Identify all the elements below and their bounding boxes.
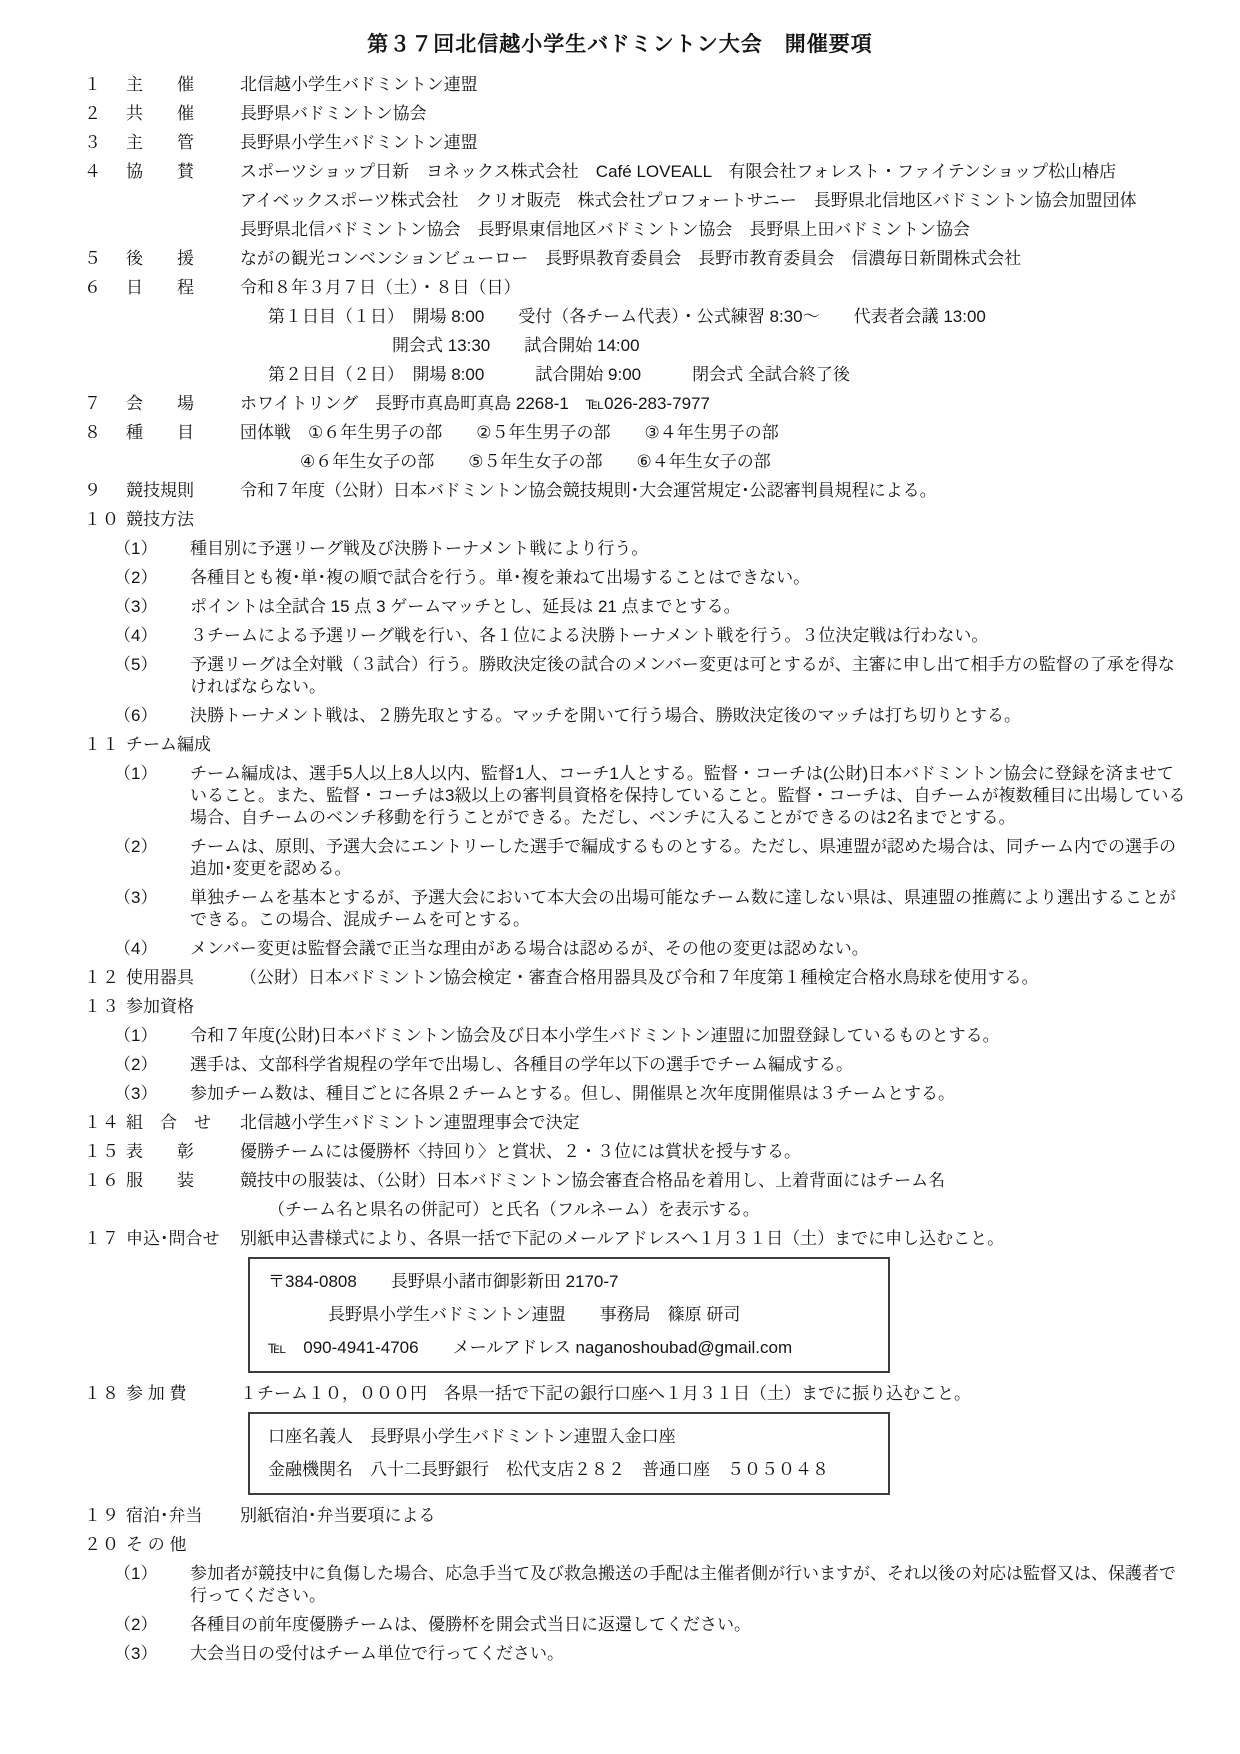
item-row: １２使用器具（公財）日本バドミントン協会検定・審査合格用器具及び令和７年度第１種… (84, 967, 1188, 989)
item-number: ４ (84, 161, 126, 241)
item-label: 申込･問合せ (126, 1228, 240, 1250)
sub-item-text: 参加者が競技中に負傷した場合、応急手当て及び救急搬送の手配は主催者側が行いますが… (190, 1563, 1188, 1607)
item-content: （公財）日本バドミントン協会検定・審査合格用器具及び令和７年度第１種検定合格水鳥… (240, 967, 1188, 989)
item-number: １１ (84, 734, 126, 756)
item-number: ８ (84, 422, 126, 473)
item-label: 表 彰 (126, 1141, 240, 1163)
item-number: １７ (84, 1228, 126, 1250)
sub-item-number: （3） (114, 596, 190, 618)
item-content (240, 1534, 1188, 1556)
item-label: 日 程 (126, 277, 240, 386)
box-line: 口座名義人 長野県小学生バドミントン連盟入金口座 (268, 1426, 870, 1448)
page: 第３７回北信越小学生バドミントン大会 開催要項 １主 催北信越小学生バドミントン… (0, 0, 1240, 1754)
content-line: 優勝チームには優勝杯〈持回り〉と賞状、２・３位には賞状を授与する。 (240, 1141, 1188, 1163)
item-row: １４組 合 せ北信越小学生バドミントン連盟理事会で決定 (84, 1112, 1188, 1134)
content-line: 第１日目（１日） 開場 8:00 受付（各チーム代表）・公式練習 8:30～ 代… (268, 306, 1188, 328)
item-content (240, 996, 1188, 1018)
item-content: 競技中の服装は、（公財）日本バドミントン協会審査合格品を着用し、上着背面にはチー… (240, 1170, 1188, 1221)
sub-item: （2）各種目とも複･単･複の順で試合を行う。単･複を兼ねて出場することはできない… (114, 567, 1188, 589)
content-line: 競技中の服装は、（公財）日本バドミントン協会審査合格品を着用し、上着背面にはチー… (240, 1170, 1188, 1192)
item-content: 北信越小学生バドミントン連盟 (240, 74, 1188, 96)
sub-item-text: ３チームによる予選リーグ戦を行い、各１位による決勝トーナメント戦を行う。３位決定… (190, 625, 1188, 647)
item-content: 長野県小学生バドミントン連盟 (240, 132, 1188, 154)
content-line: 長野県北信バドミントン協会 長野県東信地区バドミントン協会 長野県上田バドミント… (240, 219, 1188, 241)
sub-item-text: 決勝トーナメント戦は、２勝先取とする。マッチを開いて行う場合、勝敗決定後のマッチ… (190, 705, 1188, 727)
item-content: 別紙宿泊･弁当要項による (240, 1505, 1188, 1527)
item-label: 協 賛 (126, 161, 240, 241)
content-line: 令和８年３月７日（土）・８日（日） (240, 277, 1188, 299)
item-row: ８種 目団体戦 ①６年生男子の部 ②５年生男子の部 ③４年生男子の部④６年生女子… (84, 422, 1188, 473)
item-row: ９競技規則令和７年度（公財）日本バドミントン協会競技規則･大会運営規定･公認審判… (84, 480, 1188, 502)
item-content: １チーム１０，０００円 各県一括で下記の銀行口座へ１月３１日（土）までに振り込む… (240, 1383, 1188, 1405)
content-line: スポーツショップ日新 ヨネックス株式会社 Café LOVEALL 有限会社フォ… (240, 161, 1188, 183)
content-line: アイベックスポーツ株式会社 クリオ販売 株式会社プロフォートサニー 長野県北信地… (240, 190, 1188, 212)
item-content (240, 509, 1188, 531)
item-number: ５ (84, 248, 126, 270)
item-number: ３ (84, 132, 126, 154)
box-line: ℡ 090-4941-4706 メールアドレス naganoshoubad@gm… (268, 1337, 870, 1359)
item-label: そ の 他 (126, 1534, 240, 1556)
info-box: 〒384-0808 長野県小諸市御影新田 2170-7長野県小学生バドミントン連… (248, 1257, 890, 1373)
sub-item-text: 選手は、文部科学省規程の学年で出場し、各種目の学年以下の選手でチーム編成する。 (190, 1054, 1188, 1076)
sub-item-number: （4） (114, 625, 190, 647)
sub-item: （1）令和７年度(公財)日本バドミントン協会及び日本小学生バドミントン連盟に加盟… (114, 1025, 1188, 1047)
content-line: ホワイトリング 長野市真島町真島 2268-1 ℡026-283-7977 (240, 393, 1188, 415)
item-number: １３ (84, 996, 126, 1018)
sub-item-number: （3） (114, 1643, 190, 1665)
sub-item-text: ポイントは全試合 15 点 3 ゲームマッチとし、延長は 21 点までとする。 (190, 596, 1188, 618)
item-label: 主 管 (126, 132, 240, 154)
sub-item-number: （2） (114, 1054, 190, 1076)
content-line: ながの観光コンベンションビューロー 長野県教育委員会 長野市教育委員会 信濃毎日… (240, 248, 1188, 270)
content-line: 令和７年度（公財）日本バドミントン協会競技規則･大会運営規定･公認審判員規程によ… (240, 480, 1188, 502)
item-number: １２ (84, 967, 126, 989)
sub-item: （2）選手は、文部科学省規程の学年で出場し、各種目の学年以下の選手でチーム編成す… (114, 1054, 1188, 1076)
content-line: 第２日目（２日） 開場 8:00 試合開始 9:00 閉会式 全試合終了後 (268, 364, 1188, 386)
item-label: 主 催 (126, 74, 240, 96)
content-line: 北信越小学生バドミントン連盟理事会で決定 (240, 1112, 1188, 1134)
box-line: 金融機関名 八十二長野銀行 松代支店２８２ 普通口座 ５０５０４８ (268, 1459, 870, 1481)
content-line: 長野県小学生バドミントン連盟 (240, 132, 1188, 154)
sub-item: （2）各種目の前年度優勝チームは、優勝杯を開会式当日に返還してください。 (114, 1614, 1188, 1636)
item-number: ７ (84, 393, 126, 415)
sub-item: （5）予選リーグは全対戦（３試合）行う。勝敗決定後の試合のメンバー変更は可とする… (114, 654, 1188, 698)
sub-item-text: 各種目の前年度優勝チームは、優勝杯を開会式当日に返還してください。 (190, 1614, 1188, 1636)
item-label: 競技方法 (126, 509, 240, 531)
item-label: チーム編成 (126, 734, 240, 756)
item-row: １０競技方法 (84, 509, 1188, 531)
content-line: １チーム１０，０００円 各県一括で下記の銀行口座へ１月３１日（土）までに振り込む… (240, 1383, 1188, 1405)
item-number: １４ (84, 1112, 126, 1134)
sub-item: （1）種目別に予選リーグ戦及び決勝トーナメント戦により行う。 (114, 538, 1188, 560)
item-content: スポーツショップ日新 ヨネックス株式会社 Café LOVEALL 有限会社フォ… (240, 161, 1188, 241)
sub-item-text: 大会当日の受付はチーム単位で行ってください。 (190, 1643, 1188, 1665)
sub-item-number: （3） (114, 1083, 190, 1105)
sub-item-text: チーム編成は、選手5人以上8人以内、監督1人、コーチ1人とする。監督・コーチは(… (190, 763, 1188, 829)
content-line: 北信越小学生バドミントン連盟 (240, 74, 1188, 96)
item-number: ２０ (84, 1534, 126, 1556)
content-line: 開会式 13:30 試合開始 14:00 (392, 335, 1188, 357)
info-box: 口座名義人 長野県小学生バドミントン連盟入金口座金融機関名 八十二長野銀行 松代… (248, 1412, 890, 1495)
item-row: １５表 彰優勝チームには優勝杯〈持回り〉と賞状、２・３位には賞状を授与する。 (84, 1141, 1188, 1163)
item-row: １９宿泊･弁当別紙宿泊･弁当要項による (84, 1505, 1188, 1527)
item-label: 競技規則 (126, 480, 240, 502)
sub-item: （6）決勝トーナメント戦は、２勝先取とする。マッチを開いて行う場合、勝敗決定後の… (114, 705, 1188, 727)
item-content: 北信越小学生バドミントン連盟理事会で決定 (240, 1112, 1188, 1134)
content-line: 別紙申込書様式により、各県一括で下記のメールアドレスへ１月３１日（土）までに申し… (240, 1228, 1188, 1250)
item-label: 会 場 (126, 393, 240, 415)
item-row: １１チーム編成 (84, 734, 1188, 756)
content-line: 別紙宿泊･弁当要項による (240, 1505, 1188, 1527)
sub-item-number: （2） (114, 1614, 190, 1636)
sub-item-text: 予選リーグは全対戦（３試合）行う。勝敗決定後の試合のメンバー変更は可とするが、主… (190, 654, 1188, 698)
item-number: １５ (84, 1141, 126, 1163)
item-row: ７会 場ホワイトリング 長野市真島町真島 2268-1 ℡026-283-797… (84, 393, 1188, 415)
sub-item-number: （4） (114, 938, 190, 960)
item-content: 令和８年３月７日（土）・８日（日）第１日目（１日） 開場 8:00 受付（各チー… (240, 277, 1188, 386)
content-line: 長野県バドミントン協会 (240, 103, 1188, 125)
sub-item: （4）３チームによる予選リーグ戦を行い、各１位による決勝トーナメント戦を行う。３… (114, 625, 1188, 647)
item-label: 種 目 (126, 422, 240, 473)
item-number: １０ (84, 509, 126, 531)
item-content: ホワイトリング 長野市真島町真島 2268-1 ℡026-283-7977 (240, 393, 1188, 415)
item-content: 長野県バドミントン協会 (240, 103, 1188, 125)
item-content: 令和７年度（公財）日本バドミントン協会競技規則･大会運営規定･公認審判員規程によ… (240, 480, 1188, 502)
item-row: ２共 催長野県バドミントン協会 (84, 103, 1188, 125)
sub-item: （3）単独チームを基本とするが、予選大会において本大会の出場可能なチーム数に達し… (114, 887, 1188, 931)
sub-item-text: メンバー変更は監督会議で正当な理由がある場合は認めるが、その他の変更は認めない。 (190, 938, 1188, 960)
item-content: 優勝チームには優勝杯〈持回り〉と賞状、２・３位には賞状を授与する。 (240, 1141, 1188, 1163)
sub-item-number: （1） (114, 1563, 190, 1607)
item-row: １主 催北信越小学生バドミントン連盟 (84, 74, 1188, 96)
content-line: （公財）日本バドミントン協会検定・審査合格用器具及び令和７年度第１種検定合格水鳥… (240, 967, 1188, 989)
item-number: １ (84, 74, 126, 96)
sub-item-number: （2） (114, 567, 190, 589)
item-row: ６日 程令和８年３月７日（土）・８日（日）第１日目（１日） 開場 8:00 受付… (84, 277, 1188, 386)
box-line: 〒384-0808 長野県小諸市御影新田 2170-7 (268, 1271, 870, 1293)
sub-item-number: （1） (114, 763, 190, 829)
sub-item: （1）参加者が競技中に負傷した場合、応急手当て及び救急搬送の手配は主催者側が行い… (114, 1563, 1188, 1607)
items-container: １主 催北信越小学生バドミントン連盟２共 催長野県バドミントン協会３主 管長野県… (0, 74, 1240, 1665)
sub-item-number: （1） (114, 1025, 190, 1047)
sub-item-text: 参加チーム数は、種目ごとに各県２チームとする。但し、開催県と次年度開催県は３チー… (190, 1083, 1188, 1105)
item-row: １８参 加 費１チーム１０，０００円 各県一括で下記の銀行口座へ１月３１日（土）… (84, 1383, 1188, 1405)
item-label: 参 加 費 (126, 1383, 240, 1405)
content-line: 団体戦 ①６年生男子の部 ②５年生男子の部 ③４年生男子の部 (240, 422, 1188, 444)
item-content (240, 734, 1188, 756)
content-line: ④６年生女子の部 ⑤５年生女子の部 ⑥４年生女子の部 (300, 451, 1188, 473)
item-number: １８ (84, 1383, 126, 1405)
item-number: ９ (84, 480, 126, 502)
sub-item-text: 単独チームを基本とするが、予選大会において本大会の出場可能なチーム数に達しない県… (190, 887, 1188, 931)
box-line: 長野県小学生バドミントン連盟 事務局 篠原 研司 (328, 1304, 870, 1326)
item-label: 後 援 (126, 248, 240, 270)
content-line: （チーム名と県名の併記可）と氏名（フルネーム）を表示する。 (268, 1199, 1188, 1221)
sub-item-number: （5） (114, 654, 190, 698)
sub-item: （1）チーム編成は、選手5人以上8人以内、監督1人、コーチ1人とする。監督・コー… (114, 763, 1188, 829)
item-label: 共 催 (126, 103, 240, 125)
item-label: 宿泊･弁当 (126, 1505, 240, 1527)
item-number: １６ (84, 1170, 126, 1221)
sub-item: （3）大会当日の受付はチーム単位で行ってください。 (114, 1643, 1188, 1665)
sub-item-text: 令和７年度(公財)日本バドミントン協会及び日本小学生バドミントン連盟に加盟登録し… (190, 1025, 1188, 1047)
item-row: ５後 援ながの観光コンベンションビューロー 長野県教育委員会 長野市教育委員会 … (84, 248, 1188, 270)
item-content: 別紙申込書様式により、各県一括で下記のメールアドレスへ１月３１日（土）までに申し… (240, 1228, 1188, 1250)
item-number: １９ (84, 1505, 126, 1527)
sub-item-number: （6） (114, 705, 190, 727)
item-row: ２０そ の 他 (84, 1534, 1188, 1556)
item-row: １６服 装競技中の服装は、（公財）日本バドミントン協会審査合格品を着用し、上着背… (84, 1170, 1188, 1221)
item-content: ながの観光コンベンションビューロー 長野県教育委員会 長野市教育委員会 信濃毎日… (240, 248, 1188, 270)
sub-item: （3）ポイントは全試合 15 点 3 ゲームマッチとし、延長は 21 点までとす… (114, 596, 1188, 618)
item-row: １７申込･問合せ別紙申込書様式により、各県一括で下記のメールアドレスへ１月３１日… (84, 1228, 1188, 1250)
sub-item-number: （2） (114, 836, 190, 880)
sub-item: （2）チームは、原則、予選大会にエントリーした選手で編成するものとする。ただし、… (114, 836, 1188, 880)
item-number: ６ (84, 277, 126, 386)
item-row: １３参加資格 (84, 996, 1188, 1018)
sub-item-text: 種目別に予選リーグ戦及び決勝トーナメント戦により行う。 (190, 538, 1188, 560)
item-row: ３主 管長野県小学生バドミントン連盟 (84, 132, 1188, 154)
document-title: 第３７回北信越小学生バドミントン大会 開催要項 (0, 32, 1240, 58)
item-content: 団体戦 ①６年生男子の部 ②５年生男子の部 ③４年生男子の部④６年生女子の部 ⑤… (240, 422, 1188, 473)
sub-item-number: （3） (114, 887, 190, 931)
item-row: ４協 賛スポーツショップ日新 ヨネックス株式会社 Café LOVEALL 有限… (84, 161, 1188, 241)
sub-item: （3）参加チーム数は、種目ごとに各県２チームとする。但し、開催県と次年度開催県は… (114, 1083, 1188, 1105)
item-number: ２ (84, 103, 126, 125)
item-label: 服 装 (126, 1170, 240, 1221)
sub-item-number: （1） (114, 538, 190, 560)
sub-item-text: 各種目とも複･単･複の順で試合を行う。単･複を兼ねて出場することはできない。 (190, 567, 1188, 589)
item-label: 使用器具 (126, 967, 240, 989)
sub-item-text: チームは、原則、予選大会にエントリーした選手で編成するものとする。ただし、県連盟… (190, 836, 1188, 880)
item-label: 参加資格 (126, 996, 240, 1018)
sub-item: （4）メンバー変更は監督会議で正当な理由がある場合は認めるが、その他の変更は認め… (114, 938, 1188, 960)
item-label: 組 合 せ (126, 1112, 240, 1134)
